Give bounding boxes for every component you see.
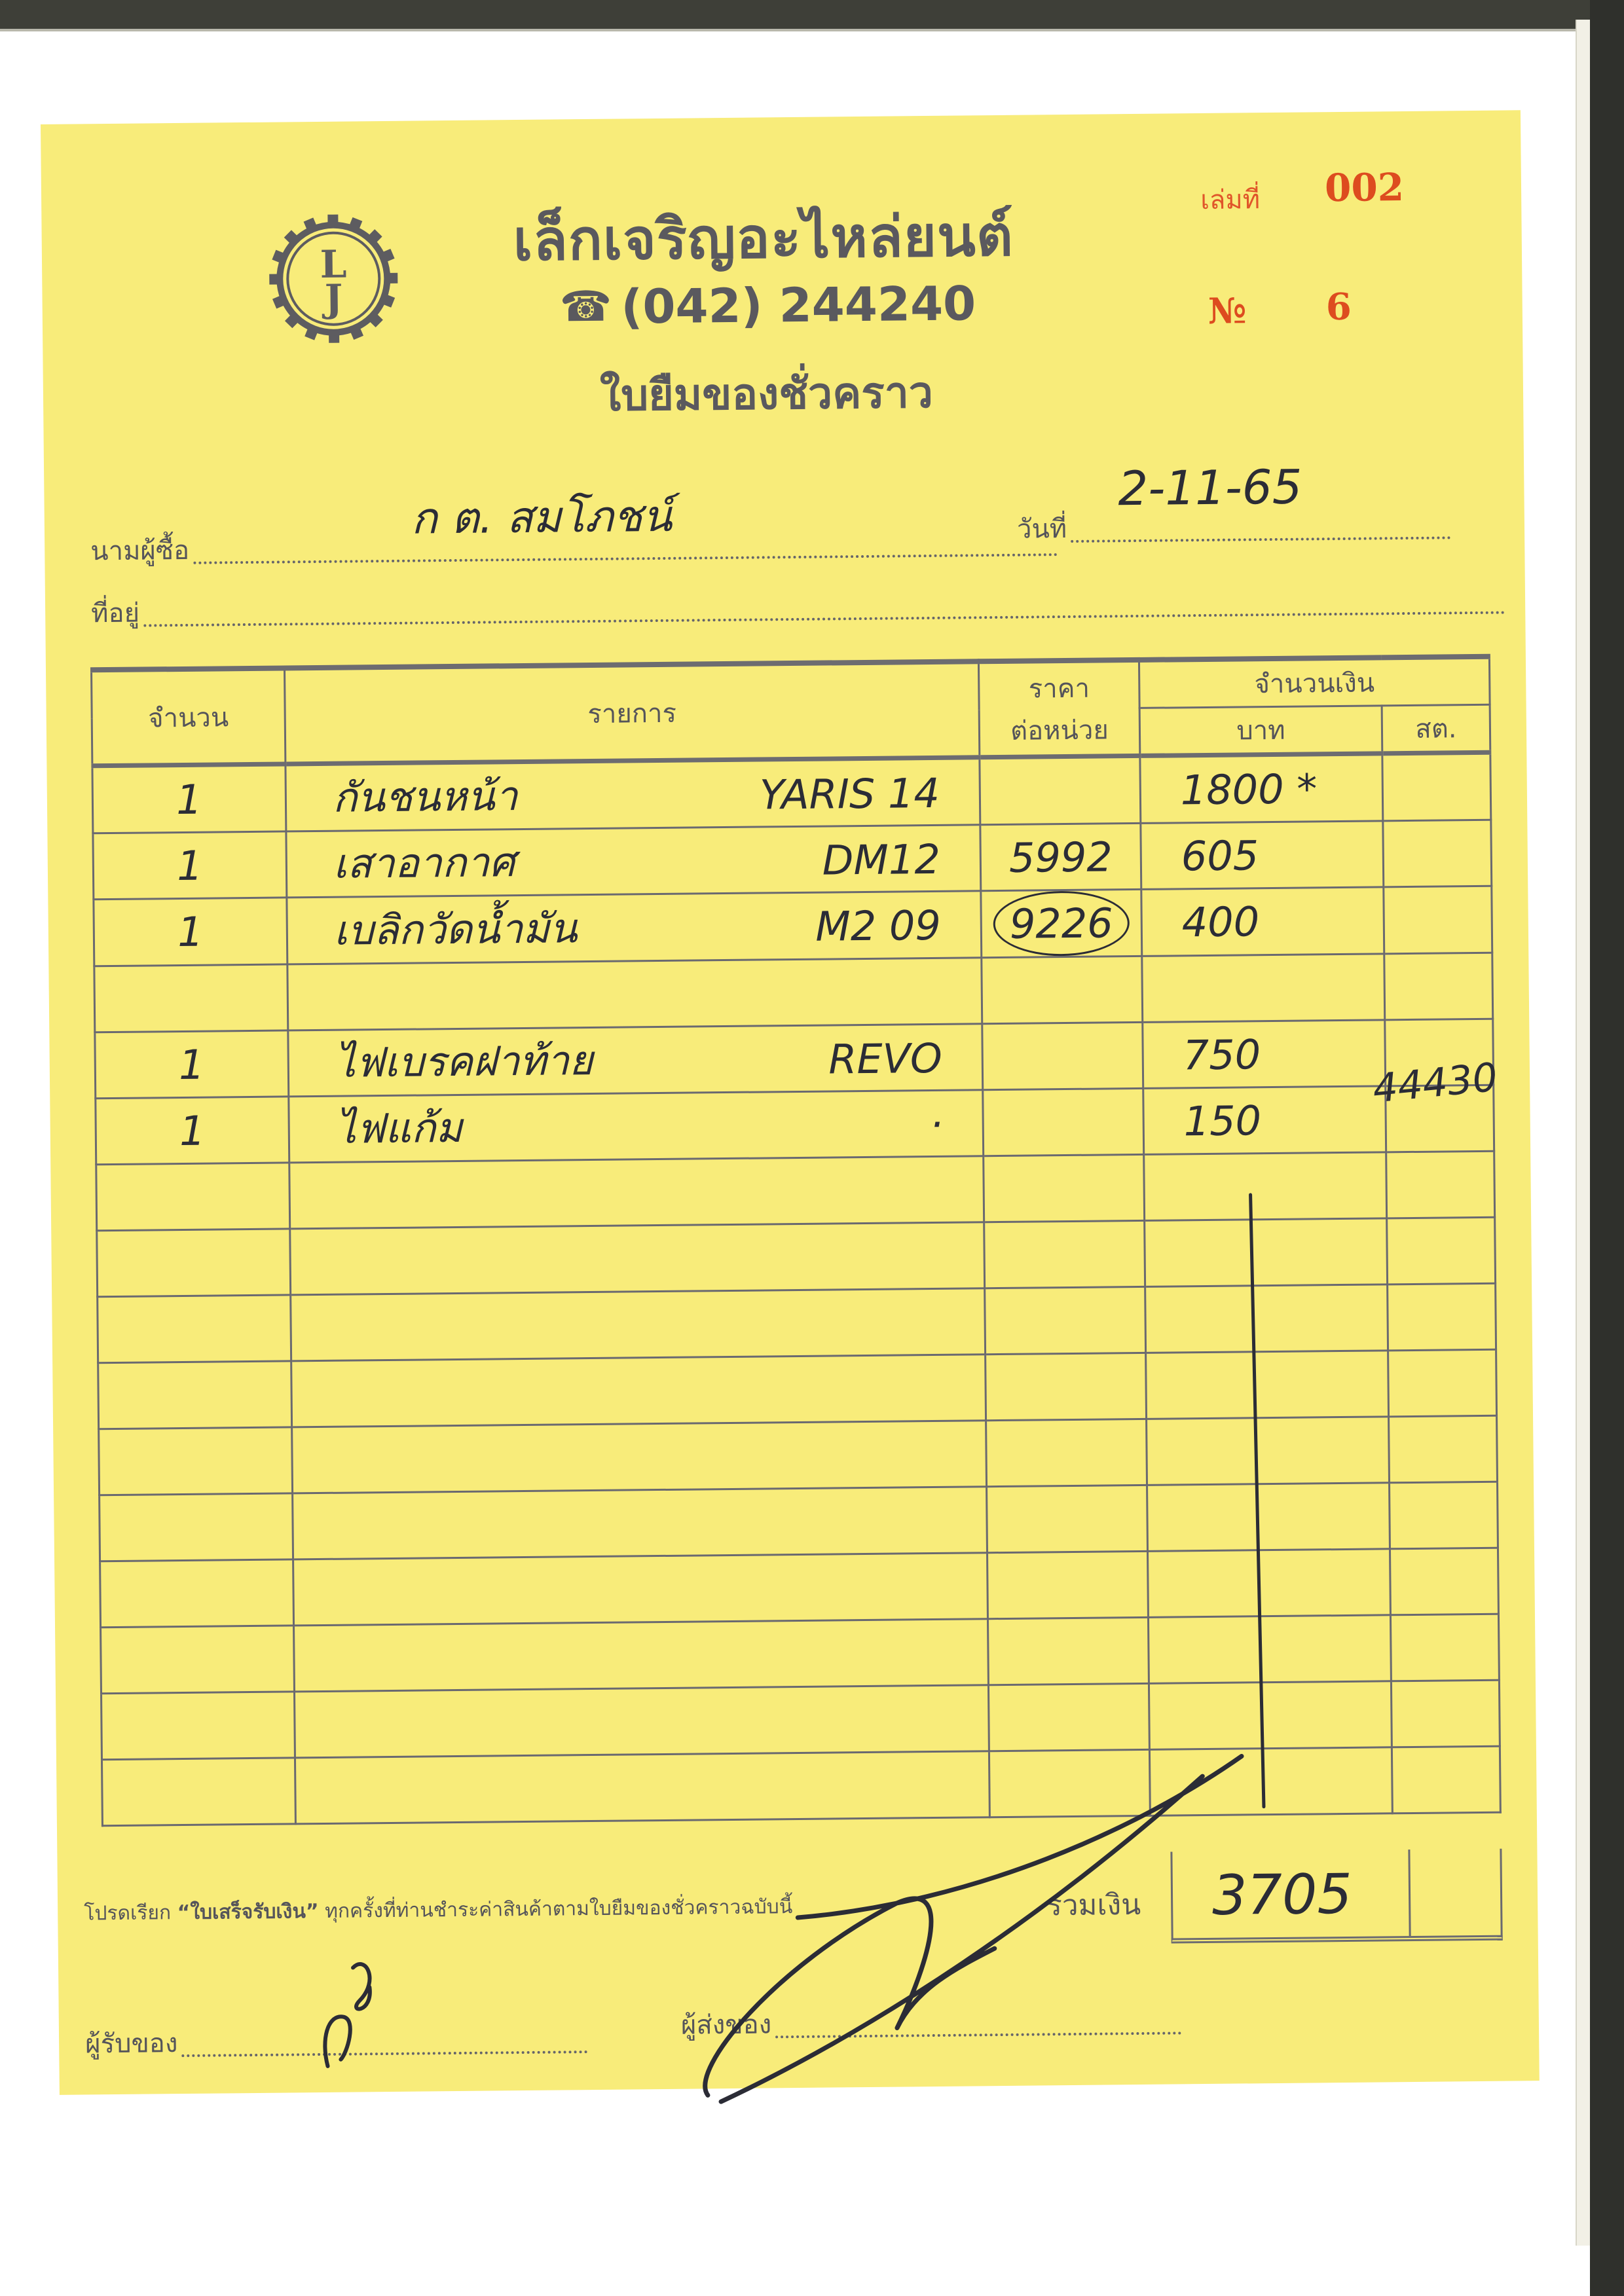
unit-price-cell (988, 1683, 1149, 1751)
satang-cell (1388, 1283, 1496, 1351)
baht-cell (1145, 1285, 1388, 1353)
col-satang-header: สต. (1382, 704, 1490, 754)
baht-cell: 150 (1143, 1086, 1386, 1155)
number-label: № (1208, 289, 1247, 332)
description-value: ไฟเบรคฝาท้าย (335, 1036, 593, 1087)
unit-price-header-line1: ราคา (980, 666, 1139, 709)
unit-price-cell (984, 1220, 1145, 1288)
unit-price-cell (982, 1022, 1143, 1089)
baht-cell (1142, 954, 1385, 1023)
col-description-header: รายการ (284, 661, 979, 764)
satang-cell (1388, 1349, 1497, 1417)
description-cell (293, 1553, 988, 1626)
qty-cell (98, 1295, 291, 1363)
description-value: เสาอากาศ (333, 838, 515, 888)
qty-cell (98, 1361, 292, 1429)
description-cell: ไฟแก้ม· (289, 1090, 984, 1163)
description-value: ไฟแก้ม (335, 1104, 462, 1153)
satang-cell (1383, 820, 1492, 887)
lj-gear-logo-icon: L J (267, 213, 399, 345)
description-cell (294, 1619, 989, 1692)
baht-cell (1147, 1417, 1390, 1485)
unit-price-cell (987, 1617, 1149, 1685)
qty-cell (99, 1427, 293, 1495)
baht-cell (1146, 1351, 1389, 1419)
baht-cell (1149, 1681, 1392, 1750)
unit-price-cell (984, 1154, 1145, 1222)
circled-unit-price: 9226 (993, 890, 1130, 957)
total-satang-divider (1408, 1850, 1411, 1936)
qty-cell (96, 1163, 290, 1231)
description-cell: กันชนหน้าYARIS 14 (286, 757, 980, 831)
unit-price-cell (987, 1551, 1149, 1618)
scanner-top-edge (0, 0, 1624, 31)
satang-cell (1390, 1548, 1498, 1615)
col-baht-header: บาท (1139, 706, 1382, 756)
notice-prefix: โปรดเรียก (84, 1901, 177, 1925)
unit-price-cell (983, 1088, 1144, 1156)
book-label: เล่มที่ (1200, 178, 1261, 221)
baht-cell (1147, 1549, 1390, 1618)
date-label: วันที่ (1017, 507, 1067, 550)
model-value: REVO (828, 1034, 942, 1084)
scanner-right-edge (1590, 0, 1624, 2296)
qty-cell: 1 (94, 898, 287, 966)
unit-price-cell: 5992 (980, 823, 1141, 890)
description-cell: เบลิกวัดน้ำมันM2 09 (287, 891, 982, 964)
qty-cell (101, 1692, 295, 1760)
model-value: YARIS 14 (760, 769, 940, 819)
telephone-icon: ☎ (559, 283, 612, 332)
model-value: · (930, 1101, 943, 1148)
qty-cell: 1 (93, 831, 287, 900)
description-cell (291, 1355, 986, 1427)
unit-price-value: 5992 (1009, 833, 1113, 882)
phone-number: (042) 244240 (621, 276, 976, 334)
date-line (1071, 536, 1450, 543)
description-cell (292, 1421, 987, 1493)
date-value: 2-11-65 (1118, 460, 1302, 517)
description-cell (290, 1222, 985, 1295)
description-cell (287, 958, 982, 1030)
address-field[interactable]: ที่อยู่ (91, 579, 1505, 634)
description-cell: ไฟเบรคฝาท้ายREVO (288, 1024, 983, 1097)
unit-price-cell (986, 1419, 1147, 1486)
unit-price-cell: 9226 (981, 889, 1142, 957)
book-number: 002 (1325, 165, 1405, 210)
satang-cell (1387, 1217, 1496, 1285)
qty-cell: 1 (92, 764, 286, 833)
col-unit-price-header: ราคา ต่อหน่วย (978, 660, 1139, 757)
shop-name: เล็กเจริญอะไหล่ยนต์ (513, 191, 1014, 285)
receipt-form: L J เล็กเจริญอะไหล่ยนต์ ☎ (042) 244240 ใ… (41, 110, 1540, 2095)
qty-cell (94, 964, 288, 1032)
unit-price-cell (982, 956, 1143, 1023)
notice-bold: “ใบเสร็จรับเงิน” (177, 1900, 318, 1924)
baht-cell (1144, 1152, 1387, 1221)
baht-cell (1145, 1218, 1388, 1287)
qty-cell (101, 1626, 295, 1694)
backing-sheet-edge (1576, 20, 1590, 2246)
items-table: จำนวน รายการ ราคา ต่อหน่วย จำนวนเงิน บาท… (90, 654, 1502, 1827)
baht-cell (1148, 1615, 1391, 1684)
satang-cell (1386, 1151, 1495, 1218)
satang-cell (1384, 886, 1492, 954)
address-line (143, 611, 1505, 627)
buyer-name-line (193, 553, 1058, 564)
buyer-name-label: นามผู้ซื้อ (90, 529, 189, 572)
sender-signature (678, 1749, 1271, 2122)
qty-cell (101, 1758, 295, 1826)
satang-cell (1391, 1680, 1500, 1747)
satang-cell (1390, 1482, 1498, 1549)
col-amount-header: จำนวนเงิน (1139, 657, 1490, 708)
description-cell: เสาอากาศDM12 (286, 825, 981, 898)
baht-cell: 400 (1141, 887, 1384, 957)
unit-price-cell (986, 1353, 1147, 1420)
satang-cell (1390, 1614, 1499, 1681)
model-value: M2 09 (815, 902, 941, 951)
phone-row: ☎ (042) 244240 (559, 276, 976, 335)
table-row: 1กันชนหน้าYARIS 141800 * (92, 752, 1491, 833)
qty-cell: 1 (96, 1097, 289, 1165)
qty-cell: 1 (95, 1030, 289, 1099)
receipt-number: 6 (1325, 285, 1352, 329)
satang-cell (1382, 752, 1491, 821)
satang-cell (1389, 1415, 1498, 1483)
description-cell (293, 1487, 987, 1559)
qty-cell (97, 1229, 291, 1297)
baht-cell: 1800 * (1140, 754, 1383, 824)
satang-cell (1392, 1746, 1500, 1813)
description-cell (294, 1685, 989, 1758)
qty-cell (100, 1559, 294, 1628)
satang-cell (1384, 953, 1493, 1020)
model-value: DM12 (822, 835, 940, 884)
buyer-name-value: ก ต. สมโภชน์ (411, 482, 672, 553)
baht-cell (1147, 1483, 1390, 1552)
unit-price-cell (987, 1485, 1148, 1552)
col-qty-header: จำนวน (92, 668, 286, 765)
description-value: เบลิกวัดน้ำมัน (333, 904, 577, 955)
description-cell (291, 1288, 986, 1361)
description-cell (289, 1156, 984, 1229)
receiver-signature (307, 1941, 400, 2073)
baht-cell: 750 (1143, 1020, 1386, 1089)
receiver-label: ผู้รับของ (85, 2022, 178, 2064)
baht-cell: 605 (1141, 821, 1384, 890)
unit-price-header-line2: ต่อหน่วย (980, 708, 1139, 751)
svg-text:J: J (322, 276, 343, 321)
address-label: ที่อยู่ (91, 592, 139, 634)
description-value: กันชนหน้า (333, 772, 518, 822)
unit-price-cell (985, 1286, 1146, 1354)
qty-cell (100, 1493, 293, 1561)
unit-price-cell (980, 756, 1141, 824)
document-title: ใบยืมของชั่วคราว (600, 358, 934, 430)
